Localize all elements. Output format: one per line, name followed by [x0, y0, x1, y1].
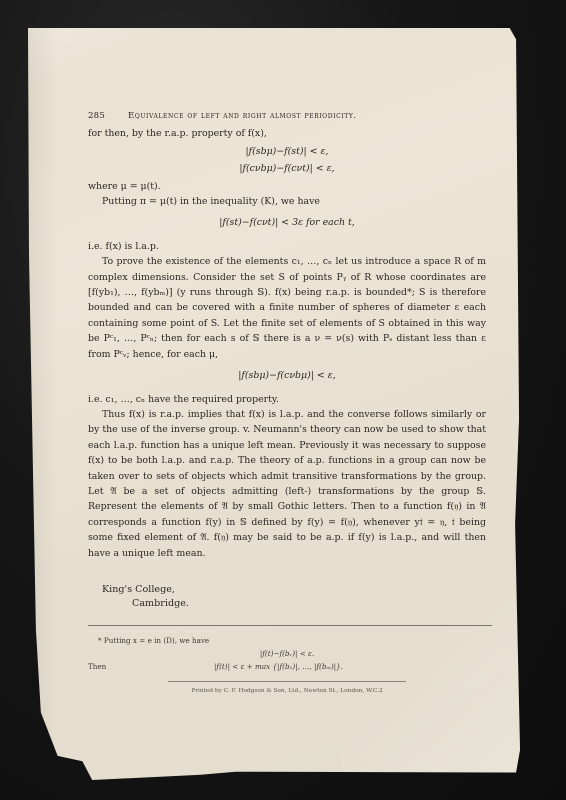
- running-title: Equivalence of left and right almost per…: [128, 109, 357, 124]
- paper-crease: [28, 28, 158, 88]
- signature-line: Cambridge.: [88, 597, 486, 611]
- paragraph: Thus f(x) is r.a.p. implies that f(x) is…: [88, 407, 486, 561]
- paragraph: for then, by the r.a.p. property of f(x)…: [88, 126, 486, 141]
- footnote-row: Then |f(t)| < ε + max {|f(b₁)|, …, |f(bₘ…: [88, 660, 486, 673]
- footnote-equation: |f(t)| < ε + max {|f(b₁)|, …, |f(bₘ)|}.: [168, 660, 486, 673]
- footnote-intro: * Putting x = e in (D), we have: [88, 634, 486, 647]
- paragraph: i.e. c₁, …, cₙ have the required propert…: [88, 392, 486, 407]
- footnote-then-label: Then: [88, 660, 168, 673]
- paragraph: i.e. f(x) is l.a.p.: [88, 239, 486, 254]
- imprint-divider: [168, 681, 406, 682]
- equation: |f(cνbμ)−f(cνt)| < ε,: [88, 161, 486, 176]
- footnote: * Putting x = e in (D), we have |f(t)−f(…: [88, 634, 486, 673]
- equation: |f(sbμ)−f(cνbμ)| < ε,: [88, 368, 486, 383]
- footnote-divider: [88, 625, 492, 626]
- paper-shadow: [28, 28, 58, 780]
- page-text: 285 Equivalence of left and right almost…: [88, 109, 486, 699]
- equation: |f(sbμ)−f(st)| < ε,: [88, 144, 486, 159]
- printer-imprint: Printed by C. F. Hodgson & Son, Ltd., Ne…: [88, 684, 486, 699]
- signature-line: King's College,: [88, 583, 486, 597]
- running-head: 285 Equivalence of left and right almost…: [88, 109, 486, 124]
- page-number: 285: [88, 109, 128, 124]
- footnote-equation: |f(t)−f(bᵥ)| < ε.: [88, 647, 486, 660]
- paragraph: To prove the existence of the elements c…: [88, 254, 486, 362]
- equation: |f(st)−f(cνt)| < 3ε for each t,: [88, 215, 486, 230]
- signature-block: King's College, Cambridge.: [88, 583, 486, 611]
- paragraph: Putting π = μ(t) in the inequality (K), …: [88, 194, 486, 209]
- paragraph: where μ = μ(t).: [88, 179, 486, 194]
